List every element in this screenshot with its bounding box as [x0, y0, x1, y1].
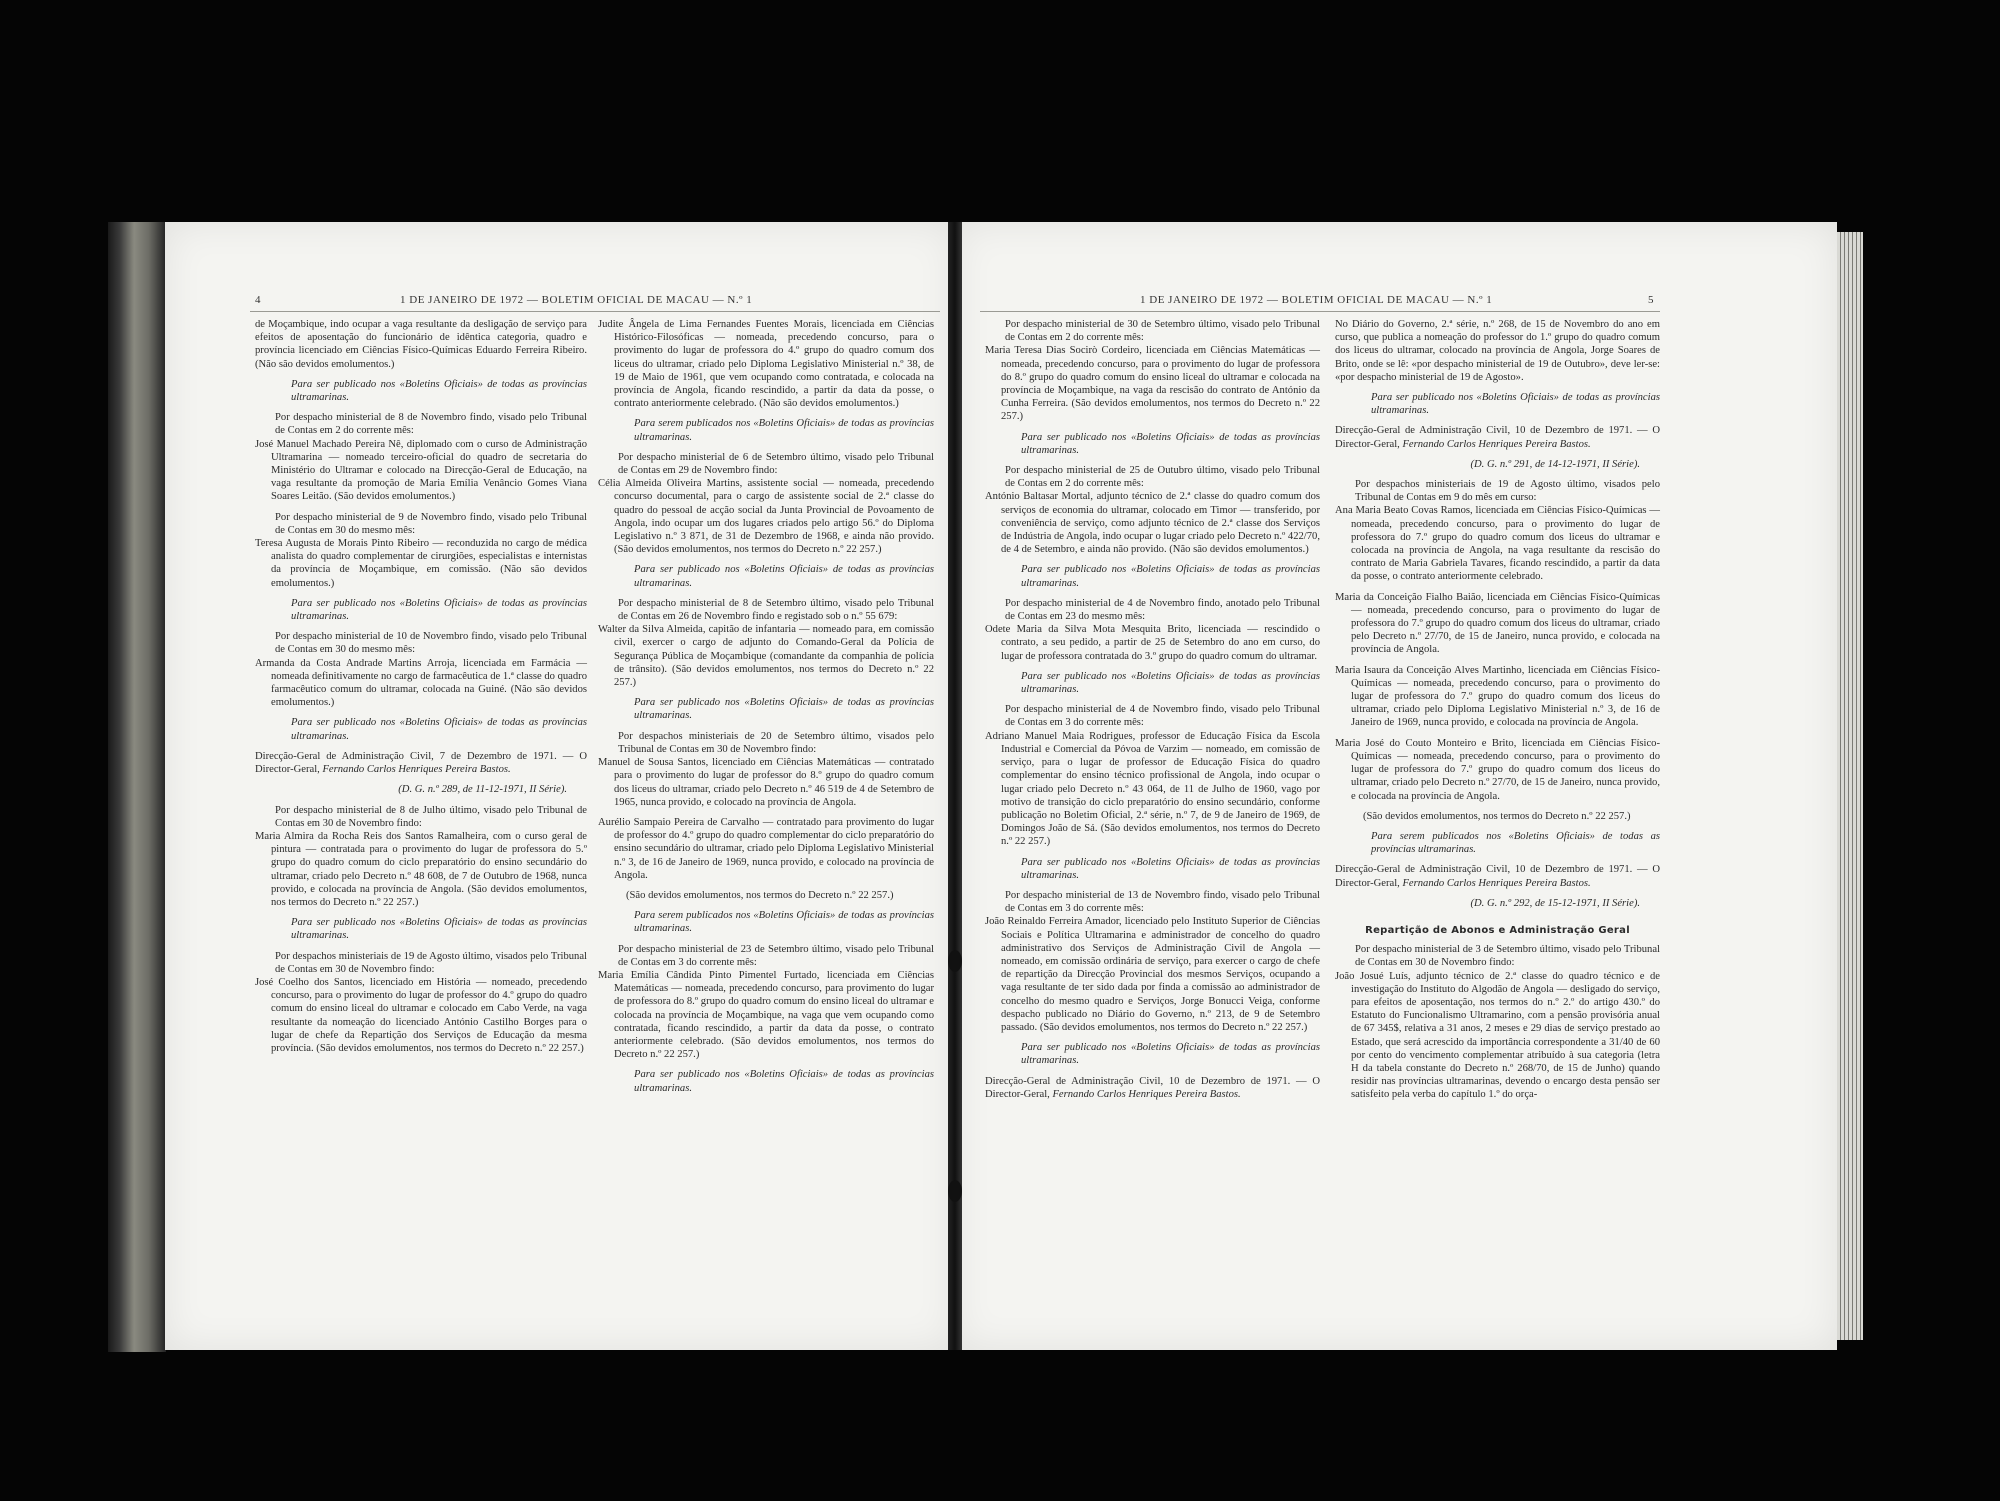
publication-note: Para ser publicado nos «Boletins Oficiai…: [598, 563, 934, 589]
running-title-right: 1 DE JANEIRO DE 1972 — BOLETIM OFICIAL D…: [1140, 294, 1492, 306]
dispatch-heading: Por despachos ministeriais de 20 de Sete…: [598, 730, 934, 756]
publication-note: Para ser publicado nos «Boletins Oficiai…: [985, 1041, 1320, 1067]
signature-block: Direcção-Geral de Administração Civil, 7…: [255, 750, 587, 776]
signature-block: Direcção-Geral de Administração Civil, 1…: [1335, 424, 1660, 450]
dispatch-heading: Por despacho ministerial de 8 de Novembr…: [255, 411, 587, 437]
emolument-note: (São devidos emolumentos, nos termos do …: [1335, 810, 1660, 823]
emolument-note: (São devidos emolumentos, nos termos do …: [598, 889, 934, 902]
right-page-column-2: No Diário do Governo, 2.ª série, n.º 268…: [1335, 318, 1660, 1109]
publication-note: Para ser publicado nos «Boletins Oficiai…: [985, 856, 1320, 882]
dispatch-heading: Por despacho ministerial de 8 de Julho ú…: [255, 804, 587, 830]
left-page-column-2: Judite Ângela de Lima Fernandes Fuentes …: [598, 318, 934, 1102]
signer-name: Fernando Carlos Henriques Pereira Bastos…: [322, 764, 510, 775]
appointment-entry: Odete Maria da Silva Mota Mesquita Brito…: [985, 623, 1320, 663]
appointment-entry: Ana Maria Beato Covas Ramos, licenciada …: [1335, 504, 1660, 583]
body-paragraph: de Moçambique, indo ocupar a vaga result…: [255, 318, 587, 371]
publication-note: Para ser publicado nos «Boletins Oficiai…: [255, 378, 587, 404]
right-page-column-1: Por despacho ministerial de 30 de Setemb…: [985, 318, 1320, 1108]
signature-block: Direcção-Geral de Administração Civil, 1…: [1335, 863, 1660, 889]
appointment-entry: Aurélio Sampaio Pereira de Carvalho — co…: [598, 816, 934, 882]
appointment-entry: Maria Teresa Dias Socirò Cordeiro, licen…: [985, 344, 1320, 423]
publication-note: Para ser publicado nos «Boletins Oficiai…: [1335, 391, 1660, 417]
publication-note: Para ser publicado nos «Boletins Oficiai…: [255, 916, 587, 942]
publication-note: Para ser publicado nos «Boletins Oficiai…: [985, 670, 1320, 696]
appointment-entry: Walter da Silva Almeida, capitão de infa…: [598, 623, 934, 689]
header-rule: [250, 311, 940, 312]
binding-hole: [948, 1180, 962, 1202]
appointment-entry: Adriano Manuel Maia Rodrigues, professor…: [985, 730, 1320, 849]
publication-note: Para ser publicado nos «Boletins Oficiai…: [598, 696, 934, 722]
appointment-entry: Maria Almira da Rocha Reis dos Santos Ra…: [255, 830, 587, 909]
appointment-entry: Maria Isaura da Conceição Alves Martinho…: [1335, 664, 1660, 730]
publication-note: Para serem publicados nos «Boletins Ofic…: [598, 417, 934, 443]
appointment-entry: Armanda da Costa Andrade Martins Arroja,…: [255, 657, 587, 710]
dispatch-heading: Por despacho ministerial de 8 de Setembr…: [598, 597, 934, 623]
header-rule: [980, 311, 1660, 312]
book-binding: [108, 222, 166, 1352]
dispatch-heading: Por despacho ministerial de 3 de Setembr…: [1335, 943, 1660, 969]
dispatch-heading: Por despacho ministerial de 4 de Novembr…: [985, 597, 1320, 623]
dispatch-heading: Por despacho ministerial de 9 de Novembr…: [255, 511, 587, 537]
publication-note: Para ser publicado nos «Boletins Oficiai…: [255, 597, 587, 623]
appointment-entry: Maria da Conceição Fialho Baião, licenci…: [1335, 591, 1660, 657]
publication-note: Para ser publicado nos «Boletins Oficiai…: [598, 1068, 934, 1094]
signature-block: Direcção-Geral de Administração Civil, 1…: [985, 1075, 1320, 1101]
gazette-reference: (D. G. n.º 289, de 11-12-1971, II Série)…: [255, 783, 587, 796]
signer-name: Fernando Carlos Henriques Pereira Bastos…: [1402, 878, 1590, 889]
page-number-left: 4: [255, 294, 261, 306]
gazette-reference: (D. G. n.º 291, de 14-12-1971, II Série)…: [1335, 458, 1660, 471]
gazette-reference: (D. G. n.º 292, de 15-12-1971, II Série)…: [1335, 897, 1660, 910]
running-title-left: 1 DE JANEIRO DE 1972 — BOLETIM OFICIAL D…: [400, 294, 752, 306]
appointment-entry: António Baltasar Mortal, adjunto técnico…: [985, 490, 1320, 556]
dispatch-heading: Por despacho ministerial de 4 de Novembr…: [985, 703, 1320, 729]
page-number-right: 5: [1648, 294, 1654, 306]
signer-name: Fernando Carlos Henriques Pereira Bastos…: [1402, 439, 1590, 450]
appointment-entry: João Josué Luís, adjunto técnico de 2.ª …: [1335, 970, 1660, 1102]
body-paragraph: No Diário do Governo, 2.ª série, n.º 268…: [1335, 318, 1660, 384]
page-edges: [1837, 232, 1863, 1340]
signer-name: Fernando Carlos Henriques Pereira Bastos…: [1052, 1089, 1240, 1100]
publication-note: Para ser publicado nos «Boletins Oficiai…: [985, 431, 1320, 457]
publication-note: Para ser publicado nos «Boletins Oficiai…: [985, 563, 1320, 589]
appointment-entry: João Reinaldo Ferreira Amador, licenciad…: [985, 915, 1320, 1034]
section-title: Repartição de Abonos e Administração Ger…: [1335, 924, 1660, 937]
binding-hole: [948, 950, 962, 972]
appointment-entry: Teresa Augusta de Morais Pinto Ribeiro —…: [255, 537, 587, 590]
dispatch-heading: Por despachos ministeriais de 19 de Agos…: [1335, 478, 1660, 504]
appointment-entry: José Coelho dos Santos, licenciado em Hi…: [255, 976, 587, 1055]
appointment-entry: Manuel de Sousa Santos, licenciado em Ci…: [598, 756, 934, 809]
dispatch-heading: Por despacho ministerial de 25 de Outubr…: [985, 464, 1320, 490]
publication-note: Para serem publicados nos «Boletins Ofic…: [598, 909, 934, 935]
publication-note: Para serem publicados nos «Boletins Ofic…: [1335, 830, 1660, 856]
dispatch-heading: Por despachos ministeriais de 19 de Agos…: [255, 950, 587, 976]
appointment-entry: Célia Almeida Oliveira Martins, assisten…: [598, 477, 934, 556]
dispatch-heading: Por despacho ministerial de 30 de Setemb…: [985, 318, 1320, 344]
dispatch-heading: Por despacho ministerial de 23 de Setemb…: [598, 943, 934, 969]
dispatch-heading: Por despacho ministerial de 13 de Novemb…: [985, 889, 1320, 915]
left-page-column-1: de Moçambique, indo ocupar a vaga result…: [255, 318, 587, 1062]
dispatch-heading: Por despacho ministerial de 10 de Novemb…: [255, 630, 587, 656]
appointment-entry: José Manuel Machado Pereira Nê, diplomad…: [255, 438, 587, 504]
publication-note: Para ser publicado nos «Boletins Oficiai…: [255, 716, 587, 742]
appointment-entry: Judite Ângela de Lima Fernandes Fuentes …: [598, 318, 934, 410]
appointment-entry: Maria José do Couto Monteiro e Brito, li…: [1335, 737, 1660, 803]
dispatch-heading: Por despacho ministerial de 6 de Setembr…: [598, 451, 934, 477]
appointment-entry: Maria Emília Cândida Pinto Pimentel Furt…: [598, 969, 934, 1061]
